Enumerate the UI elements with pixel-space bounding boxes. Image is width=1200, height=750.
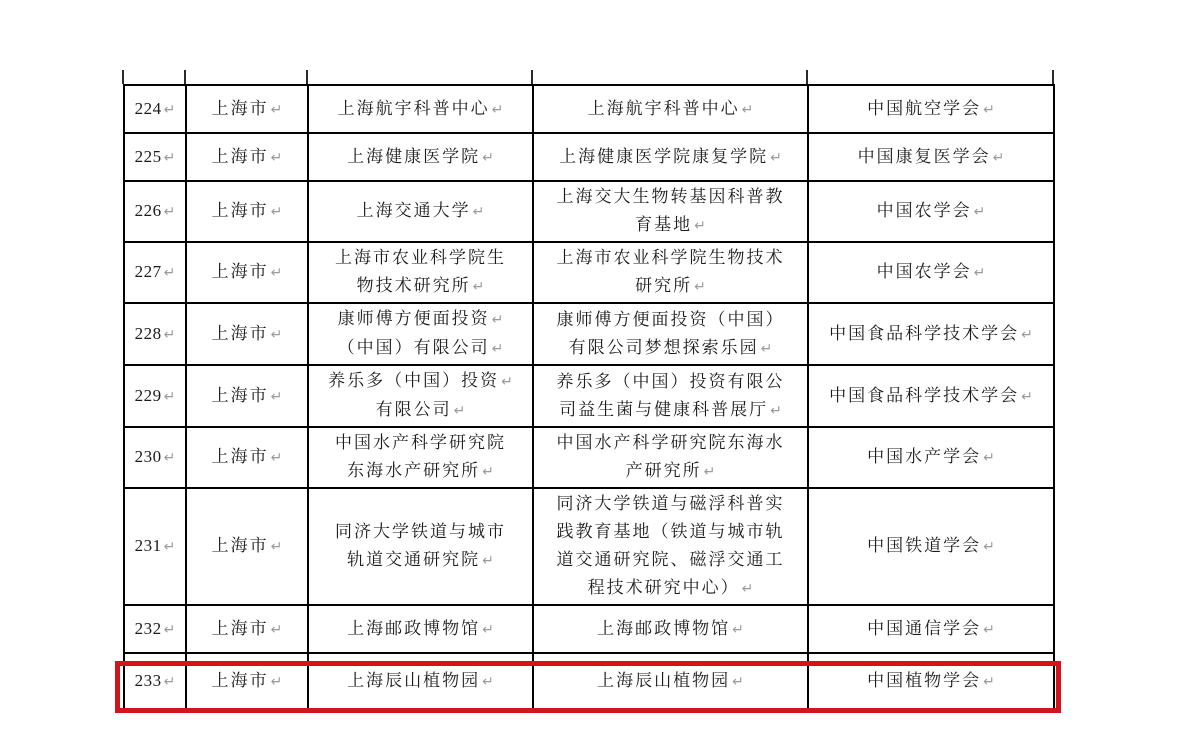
grid-stub-icon (806, 70, 808, 84)
organization-name: 物技术研究所 (357, 276, 471, 295)
cell-number: 230↵ (124, 427, 186, 488)
cell-organization: 同济大学铁道与城市轨道交通研究院↵ (308, 488, 533, 605)
base-name: 司益生菌与健康科普展厅 (559, 400, 768, 419)
cell-number: 229↵ (124, 365, 186, 427)
cell-organization: 上海辰山植物园↵ (308, 653, 533, 709)
text-line: 中国铁道学会↵ (811, 532, 1051, 561)
text-line: 225↵ (127, 143, 183, 172)
row-number: 233 (135, 671, 162, 690)
cell-city: 上海市↵ (186, 242, 308, 303)
text-line: 上海市↵ (189, 197, 305, 226)
organization-name: 上海辰山植物园 (347, 671, 480, 690)
text-line: 物技术研究所↵ (311, 272, 530, 301)
return-mark-icon: ↵ (492, 102, 504, 118)
table-row: 225↵上海市↵上海健康医学院↵上海健康医学院康复学院↵中国康复医学会↵ (124, 133, 1054, 181)
return-mark-icon: ↵ (164, 102, 176, 118)
return-mark-icon: ↵ (742, 581, 754, 597)
return-mark-icon: ↵ (271, 102, 283, 118)
text-line: 上海市↵ (189, 532, 305, 561)
text-line: 上海航宇科普中心↵ (311, 95, 530, 124)
city-label: 上海市 (212, 147, 269, 166)
table-row: 226↵上海市↵上海交通大学↵上海交大生物转基因科普教育基地↵中国农学会↵ (124, 181, 1054, 242)
base-name: 研究所 (635, 276, 692, 295)
association-name: 中国植物学会 (867, 671, 981, 690)
return-mark-icon: ↵ (164, 539, 176, 555)
return-mark-icon: ↵ (473, 279, 485, 295)
association-name: 中国食品科学技术学会 (829, 386, 1019, 405)
city-label: 上海市 (212, 201, 269, 220)
text-line: 229↵ (127, 382, 183, 411)
return-mark-icon: ↵ (482, 464, 494, 480)
text-line: 228↵ (127, 320, 183, 349)
cell-city: 上海市↵ (186, 365, 308, 427)
cell-organization: 上海健康医学院↵ (308, 133, 533, 181)
return-mark-icon: ↵ (271, 539, 283, 555)
base-name: 产研究所 (626, 461, 702, 480)
grid-stub-icon (531, 70, 533, 84)
text-line: 中国水产学会↵ (811, 443, 1051, 472)
cell-organization: 上海邮政博物馆↵ (308, 605, 533, 653)
return-mark-icon: ↵ (473, 204, 485, 220)
text-line: 上海邮政博物馆↵ (311, 615, 530, 644)
return-mark-icon: ↵ (164, 622, 176, 638)
cell-city: 上海市↵ (186, 181, 308, 242)
text-line: 同济大学铁道与城市 (311, 518, 530, 546)
science-base-table: 224↵上海市↵上海航宇科普中心↵上海航宇科普中心↵中国航空学会↵225↵上海市… (123, 84, 1055, 710)
base-name: 上海辰山植物园 (597, 671, 730, 690)
base-name: 程技术研究中心） (588, 578, 740, 597)
cell-city: 上海市↵ (186, 85, 308, 133)
document-page: 224↵上海市↵上海航宇科普中心↵上海航宇科普中心↵中国航空学会↵225↵上海市… (0, 0, 1200, 750)
text-line: 中国农学会↵ (811, 197, 1051, 226)
cell-number: 228↵ (124, 303, 186, 365)
text-line: 研究所↵ (536, 272, 805, 301)
organization-name: 上海交通大学 (357, 201, 471, 220)
text-line: 育基地↵ (536, 211, 805, 240)
return-mark-icon: ↵ (761, 341, 773, 357)
cell-base-name: 康师傅方便面投资（中国）有限公司梦想探索乐园↵ (533, 303, 808, 365)
return-mark-icon: ↵ (454, 403, 466, 419)
city-label: 上海市 (212, 536, 269, 555)
association-name: 中国农学会 (877, 201, 972, 220)
cell-number: 231↵ (124, 488, 186, 605)
cell-association: 中国通信学会↵ (808, 605, 1054, 653)
text-line: 上海市↵ (189, 258, 305, 287)
return-mark-icon: ↵ (974, 204, 986, 220)
city-label: 上海市 (212, 324, 269, 343)
cell-city: 上海市↵ (186, 605, 308, 653)
cell-city: 上海市↵ (186, 133, 308, 181)
text-line: 康师傅方便面投资↵ (311, 305, 530, 334)
row-number: 225 (135, 147, 162, 166)
table-row: 231↵上海市↵同济大学铁道与城市轨道交通研究院↵同济大学铁道与磁浮科普实践教育… (124, 488, 1054, 605)
table-row: 229↵上海市↵养乐多（中国）投资↵有限公司↵养乐多（中国）投资有限公司益生菌与… (124, 365, 1054, 427)
grid-stub-icon (184, 70, 186, 84)
cell-association: 中国食品科学技术学会↵ (808, 303, 1054, 365)
organization-name: 有限公司 (376, 400, 452, 419)
association-name: 中国通信学会 (867, 619, 981, 638)
return-mark-icon: ↵ (164, 265, 176, 281)
row-number: 230 (135, 447, 162, 466)
organization-name: （中国）有限公司 (338, 338, 490, 357)
return-mark-icon: ↵ (1021, 389, 1033, 405)
text-line: 上海市↵ (189, 443, 305, 472)
base-name: 育基地 (635, 215, 692, 234)
cell-organization: 上海交通大学↵ (308, 181, 533, 242)
text-line: 上海健康医学院↵ (311, 143, 530, 172)
return-mark-icon: ↵ (271, 450, 283, 466)
organization-name: 上海健康医学院 (347, 147, 480, 166)
text-line: 中国航空学会↵ (811, 95, 1051, 124)
cell-number: 224↵ (124, 85, 186, 133)
city-label: 上海市 (212, 262, 269, 281)
text-line: 同济大学铁道与磁浮科普实 (536, 490, 805, 518)
return-mark-icon: ↵ (271, 150, 283, 166)
text-line: 践教育基地（铁道与城市轨 (536, 518, 805, 546)
base-name: 上海市农业科学院生物技术 (557, 248, 785, 267)
text-line: 养乐多（中国）投资↵ (311, 367, 530, 396)
text-line: 227↵ (127, 258, 183, 287)
cell-base-name: 同济大学铁道与磁浮科普实践教育基地（铁道与城市轨道交通研究院、磁浮交通工程技术研… (533, 488, 808, 605)
text-line: 233↵ (127, 667, 183, 696)
association-name: 中国食品科学技术学会 (829, 324, 1019, 343)
row-number: 224 (135, 99, 162, 118)
cell-association: 中国航空学会↵ (808, 85, 1054, 133)
row-number: 231 (135, 536, 162, 555)
cell-organization: 上海航宇科普中心↵ (308, 85, 533, 133)
text-line: 中国水产科学研究院 (311, 429, 530, 457)
cell-base-name: 上海辰山植物园↵ (533, 653, 808, 709)
return-mark-icon: ↵ (482, 674, 494, 690)
base-name: 上海航宇科普中心 (588, 99, 740, 118)
cell-city: 上海市↵ (186, 303, 308, 365)
return-mark-icon: ↵ (983, 450, 995, 466)
grid-stub-icon (306, 70, 308, 84)
organization-name: 东海水产研究所 (347, 461, 480, 480)
city-label: 上海市 (212, 447, 269, 466)
text-line: 上海市↵ (189, 667, 305, 696)
return-mark-icon: ↵ (164, 389, 176, 405)
text-line: 道交通研究院、磁浮交通工 (536, 546, 805, 574)
text-line: 康师傅方便面投资（中国） (536, 306, 805, 334)
cell-base-name: 养乐多（中国）投资有限公司益生菌与健康科普展厅↵ (533, 365, 808, 427)
text-line: 231↵ (127, 532, 183, 561)
organization-name: 上海邮政博物馆 (347, 619, 480, 638)
text-line: 中国植物学会↵ (811, 667, 1051, 696)
return-mark-icon: ↵ (501, 374, 513, 390)
return-mark-icon: ↵ (993, 150, 1005, 166)
text-line: 上海邮政博物馆↵ (536, 615, 805, 644)
text-line: 230↵ (127, 443, 183, 472)
city-label: 上海市 (212, 619, 269, 638)
base-name: 同济大学铁道与磁浮科普实 (557, 494, 785, 513)
association-name: 中国农学会 (877, 262, 972, 281)
text-line: 养乐多（中国）投资有限公 (536, 368, 805, 396)
base-name: 践教育基地（铁道与城市轨 (557, 522, 785, 541)
return-mark-icon: ↵ (770, 150, 782, 166)
text-line: 上海市农业科学院生物技术 (536, 244, 805, 272)
text-line: 中国食品科学技术学会↵ (811, 382, 1051, 411)
city-label: 上海市 (212, 671, 269, 690)
return-mark-icon: ↵ (694, 218, 706, 234)
cell-base-name: 上海邮政博物馆↵ (533, 605, 808, 653)
base-name: 道交通研究院、磁浮交通工 (557, 550, 785, 569)
text-line: 上海航宇科普中心↵ (536, 95, 805, 124)
cell-base-name: 上海交大生物转基因科普教育基地↵ (533, 181, 808, 242)
return-mark-icon: ↵ (732, 622, 744, 638)
cell-base-name: 上海健康医学院康复学院↵ (533, 133, 808, 181)
return-mark-icon: ↵ (271, 204, 283, 220)
return-mark-icon: ↵ (983, 102, 995, 118)
return-mark-icon: ↵ (164, 150, 176, 166)
text-line: 上海辰山植物园↵ (536, 667, 805, 696)
cell-city: 上海市↵ (186, 653, 308, 709)
text-line: 司益生菌与健康科普展厅↵ (536, 396, 805, 425)
text-line: 上海市↵ (189, 320, 305, 349)
cell-organization: 康师傅方便面投资↵（中国）有限公司↵ (308, 303, 533, 365)
text-line: 中国食品科学技术学会↵ (811, 320, 1051, 349)
organization-name: 上海航宇科普中心 (338, 99, 490, 118)
return-mark-icon: ↵ (742, 102, 754, 118)
row-number: 228 (135, 324, 162, 343)
cell-city: 上海市↵ (186, 427, 308, 488)
text-line: 中国通信学会↵ (811, 615, 1051, 644)
return-mark-icon: ↵ (770, 403, 782, 419)
text-line: 上海市↵ (189, 143, 305, 172)
text-line: （中国）有限公司↵ (311, 334, 530, 363)
organization-name: 养乐多（中国）投资 (328, 371, 499, 390)
text-line: 上海市↵ (189, 382, 305, 411)
row-number: 226 (135, 201, 162, 220)
row-number: 227 (135, 262, 162, 281)
grid-stub-icon (1052, 70, 1054, 84)
cell-base-name: 上海市农业科学院生物技术研究所↵ (533, 242, 808, 303)
cell-organization: 上海市农业科学院生物技术研究所↵ (308, 242, 533, 303)
return-mark-icon: ↵ (482, 150, 494, 166)
cell-city: 上海市↵ (186, 488, 308, 605)
text-line: 232↵ (127, 615, 183, 644)
text-line: 上海市农业科学院生 (311, 244, 530, 272)
cell-base-name: 上海航宇科普中心↵ (533, 85, 808, 133)
cell-association: 中国铁道学会↵ (808, 488, 1054, 605)
return-mark-icon: ↵ (983, 674, 995, 690)
association-name: 中国铁道学会 (867, 536, 981, 555)
city-label: 上海市 (212, 386, 269, 405)
association-name: 中国水产学会 (867, 447, 981, 466)
text-line: 程技术研究中心）↵ (536, 574, 805, 603)
organization-name: 上海市农业科学院生 (335, 248, 506, 267)
base-name: 中国水产科学研究院东海水 (557, 433, 785, 452)
association-name: 中国康复医学会 (858, 147, 991, 166)
table-row: 232↵上海市↵上海邮政博物馆↵上海邮政博物馆↵中国通信学会↵ (124, 605, 1054, 653)
cell-number: 232↵ (124, 605, 186, 653)
return-mark-icon: ↵ (164, 450, 176, 466)
return-mark-icon: ↵ (983, 539, 995, 555)
cell-number: 227↵ (124, 242, 186, 303)
association-name: 中国航空学会 (867, 99, 981, 118)
return-mark-icon: ↵ (482, 622, 494, 638)
base-name: 上海交大生物转基因科普教 (557, 187, 785, 206)
return-mark-icon: ↵ (164, 674, 176, 690)
return-mark-icon: ↵ (732, 674, 744, 690)
return-mark-icon: ↵ (482, 553, 494, 569)
return-mark-icon: ↵ (271, 265, 283, 281)
return-mark-icon: ↵ (983, 622, 995, 638)
return-mark-icon: ↵ (271, 327, 283, 343)
cell-number: 233↵ (124, 653, 186, 709)
text-line: 中国水产科学研究院东海水 (536, 429, 805, 457)
return-mark-icon: ↵ (974, 265, 986, 281)
base-name: 上海邮政博物馆 (597, 619, 730, 638)
base-name: 康师傅方便面投资（中国） (557, 310, 785, 329)
cell-association: 中国植物学会↵ (808, 653, 1054, 709)
table-row: 228↵上海市↵康师傅方便面投资↵（中国）有限公司↵康师傅方便面投资（中国）有限… (124, 303, 1054, 365)
text-line: 226↵ (127, 197, 183, 226)
organization-name: 同济大学铁道与城市 (335, 522, 506, 541)
cell-base-name: 中国水产科学研究院东海水产研究所↵ (533, 427, 808, 488)
text-line: 上海交通大学↵ (311, 197, 530, 226)
organization-name: 中国水产科学研究院 (335, 433, 506, 452)
return-mark-icon: ↵ (492, 341, 504, 357)
cell-organization: 养乐多（中国）投资↵有限公司↵ (308, 365, 533, 427)
return-mark-icon: ↵ (704, 464, 716, 480)
base-name: 上海健康医学院康复学院 (559, 147, 768, 166)
table-row: 233↵上海市↵上海辰山植物园↵上海辰山植物园↵中国植物学会↵ (124, 653, 1054, 709)
text-line: 224↵ (127, 95, 183, 124)
cell-number: 225↵ (124, 133, 186, 181)
return-mark-icon: ↵ (164, 204, 176, 220)
base-name: 养乐多（中国）投资有限公 (557, 372, 785, 391)
row-number: 232 (135, 619, 162, 638)
text-line: 产研究所↵ (536, 457, 805, 486)
cell-association: 中国食品科学技术学会↵ (808, 365, 1054, 427)
text-line: 东海水产研究所↵ (311, 457, 530, 486)
organization-name: 康师傅方便面投资 (338, 309, 490, 328)
text-line: 上海辰山植物园↵ (311, 667, 530, 696)
cell-association: 中国水产学会↵ (808, 427, 1054, 488)
text-line: 上海健康医学院康复学院↵ (536, 143, 805, 172)
return-mark-icon: ↵ (1021, 327, 1033, 343)
text-line: 中国农学会↵ (811, 258, 1051, 287)
text-line: 上海市↵ (189, 95, 305, 124)
text-line: 有限公司↵ (311, 396, 530, 425)
cell-association: 中国康复医学会↵ (808, 133, 1054, 181)
base-name: 有限公司梦想探索乐园 (569, 338, 759, 357)
cell-number: 226↵ (124, 181, 186, 242)
cell-association: 中国农学会↵ (808, 181, 1054, 242)
text-line: 上海市↵ (189, 615, 305, 644)
text-line: 轨道交通研究院↵ (311, 546, 530, 575)
grid-stub-icon (122, 70, 124, 84)
text-line: 中国康复医学会↵ (811, 143, 1051, 172)
table-row: 230↵上海市↵中国水产科学研究院东海水产研究所↵中国水产科学研究院东海水产研究… (124, 427, 1054, 488)
text-line: 上海交大生物转基因科普教 (536, 183, 805, 211)
table-row: 224↵上海市↵上海航宇科普中心↵上海航宇科普中心↵中国航空学会↵ (124, 85, 1054, 133)
cell-association: 中国农学会↵ (808, 242, 1054, 303)
return-mark-icon: ↵ (492, 312, 504, 328)
table-row: 227↵上海市↵上海市农业科学院生物技术研究所↵上海市农业科学院生物技术研究所↵… (124, 242, 1054, 303)
city-label: 上海市 (212, 99, 269, 118)
organization-name: 轨道交通研究院 (347, 550, 480, 569)
return-mark-icon: ↵ (271, 674, 283, 690)
return-mark-icon: ↵ (271, 622, 283, 638)
return-mark-icon: ↵ (164, 327, 176, 343)
return-mark-icon: ↵ (694, 279, 706, 295)
text-line: 有限公司梦想探索乐园↵ (536, 334, 805, 363)
row-number: 229 (135, 386, 162, 405)
cell-organization: 中国水产科学研究院东海水产研究所↵ (308, 427, 533, 488)
return-mark-icon: ↵ (271, 389, 283, 405)
